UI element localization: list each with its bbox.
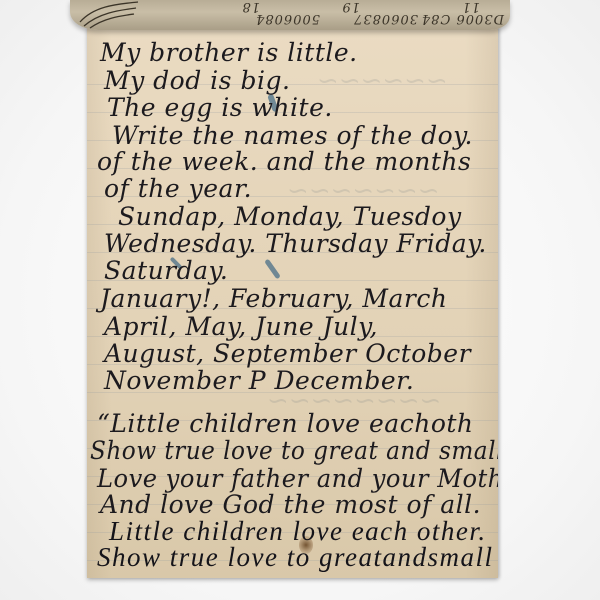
handwriting-line: Sundap, Monday, Tuesdoy — [118, 204, 462, 229]
handwriting-line: Little children love each other. — [109, 518, 487, 545]
handwriting-line: of the week. and the months — [97, 149, 471, 174]
ledger-number: 5006084 — [255, 11, 320, 26]
handwriting-line: August, September October — [104, 341, 471, 366]
upside-down-ledger-text: 5006084 18 3060837 19 D3006 C84 11 — [70, 2, 510, 28]
handwriting-line: of the year. — [104, 176, 252, 201]
handwriting-line: And love God the most of all. — [100, 492, 481, 517]
handwriting-line: Write the names of the doy. — [112, 123, 473, 148]
ledger-number: 3060837 — [353, 11, 418, 26]
handwriting-line: The egg is white. — [107, 95, 333, 120]
handwriting-line: Wednesday. Thursday Friday. — [104, 231, 487, 256]
handwriting-line: Love your father and your Moth — [97, 466, 498, 491]
handwriting-line: Show true love to greatandsmall — [97, 544, 493, 571]
ledger-number: 19 — [341, 0, 360, 14]
bleed-through-mark: ~~~~~~ — [317, 66, 448, 96]
handwriting-line: My brother is little. — [100, 40, 358, 65]
handwriting-line: January!, February, March — [100, 286, 448, 311]
handwriting-line: April, May, June July, — [104, 314, 378, 339]
handwriting-line: Show true love to great and small — [90, 438, 498, 463]
curled-previous-page: 5006084 18 3060837 19 D3006 C84 11 — [70, 0, 510, 30]
handwriting-line: “Little children love eachoth — [97, 411, 474, 436]
blue-ink-mark — [264, 259, 281, 280]
handwriting-line: Saturday. — [104, 258, 228, 283]
handwriting-line: My dod is big. — [104, 68, 290, 93]
ledger-number: 18 — [241, 0, 260, 14]
handwriting-line: November P December. — [104, 368, 414, 393]
photo-scene: 5006084 18 3060837 19 D3006 C84 11 ~~~~~… — [0, 0, 600, 600]
ledger-number: 11 — [461, 0, 480, 14]
notebook-page: ~~~~~~ ~~~~~~~ ~~~~~~~~ My brother is li… — [87, 26, 498, 578]
